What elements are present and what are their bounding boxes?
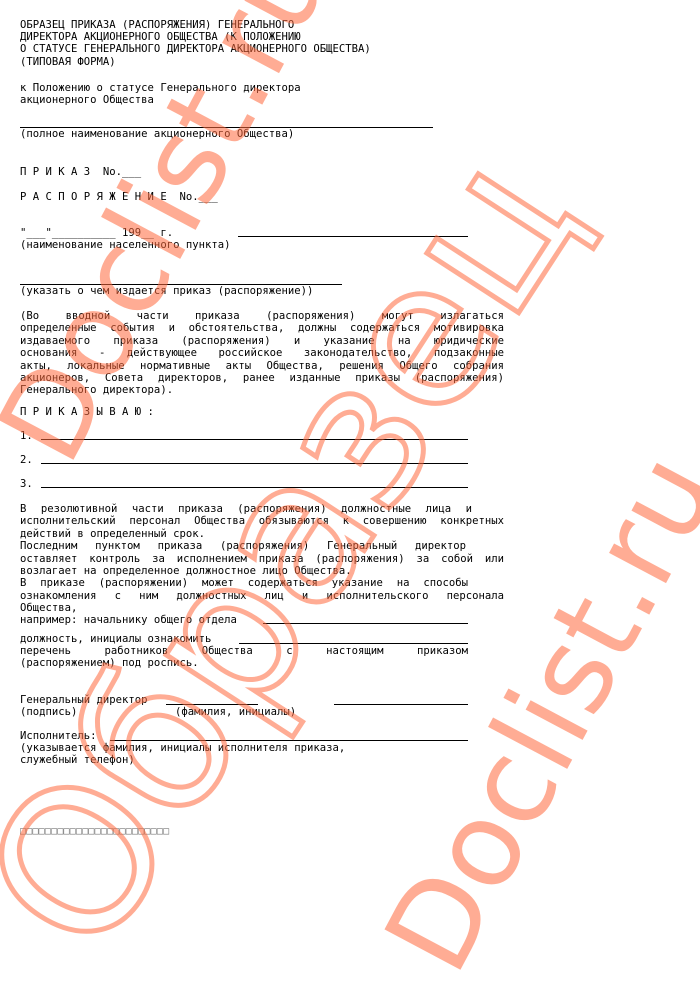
intro-paragraph: (Во вводной части приказа (распоряжения)… — [20, 310, 504, 397]
placeholder-boxes: □□□□□□□□□□□□□□□□□□□□□□□□ — [20, 826, 169, 838]
resolution-line: ознакомления с ним должностных лиц и исп… — [20, 590, 504, 602]
resolution-line: Общества, — [20, 602, 504, 614]
executor-field[interactable] — [110, 740, 468, 741]
subject-caption: (указать о чем издается приказ (распоряж… — [20, 285, 313, 297]
doc-title-line-2: ДИРЕКТОРА АКЦИОНЕРНОГО ОБЩЕСТВА (К ПОЛОЖ… — [20, 31, 301, 43]
directive-heading: П Р И К А З Ы В А Ю : — [20, 406, 154, 418]
resolution-paragraph: В резолютивной части приказа (распоряжен… — [20, 503, 504, 615]
date-line: "___"__________ 199__ г. — [20, 227, 173, 239]
resolution-line: В резолютивной части приказа (распоряжен… — [20, 503, 472, 515]
director-name-field[interactable] — [334, 704, 468, 705]
directive-item-3-number: 3. — [20, 478, 33, 490]
intro-line: (Во вводной части приказа (распоряжения)… — [20, 310, 504, 322]
place-caption: (наименование населенного пункта) — [20, 239, 230, 251]
acquaint-line: (распоряжением) под роспись. — [20, 657, 468, 669]
doc-title-line-3: О СТАТУСЕ ГЕНЕРАЛЬНОГО ДИРЕКТОРА АКЦИОНЕ… — [20, 43, 371, 55]
appendix-line-2: акционерного Общества — [20, 94, 154, 106]
signature-caption: (подпись) — [20, 706, 77, 718]
executor-caption-line-1: (указывается фамилия, инициалы исполните… — [20, 742, 345, 754]
directive-item-3-field[interactable] — [41, 487, 468, 488]
directive-item-1-field[interactable] — [41, 439, 468, 440]
resolution-line: В приказе (распоряжении) может содержать… — [20, 577, 468, 589]
resolution-line: оставляет контроль за исполнением приказ… — [20, 553, 504, 565]
doc-title-line-1: ОБРАЗЕЦ ПРИКАЗА (РАСПОРЯЖЕНИЯ) ГЕНЕРАЛЬН… — [20, 19, 294, 31]
signature-field[interactable] — [166, 704, 258, 705]
rasporyazhenie-number-label: Р А С П О Р Я Ж Е Н И Е No.___ — [20, 191, 218, 203]
resolution-line: действий в определенный срок. — [20, 528, 504, 540]
intro-line: акты, локальные нормативные акты Обществ… — [20, 360, 504, 372]
prikaz-number-label: П Р И К А З No.___ — [20, 166, 141, 178]
resolution-line: исполнительский персонал Общества обязыв… — [20, 515, 504, 527]
doc-title-line-4: (ТИПОВАЯ ФОРМА) — [20, 56, 116, 68]
executor-label: Исполнитель: — [20, 730, 97, 742]
place-field[interactable] — [238, 236, 468, 237]
company-name-caption: (полное наименование акционерного Общест… — [20, 128, 294, 140]
appendix-line-1: к Положению о статусе Генерального дирек… — [20, 82, 301, 94]
intro-line: издаваемого приказа (распоряжения) и ука… — [20, 335, 504, 347]
intro-line: Генерального директора). — [20, 384, 504, 396]
intro-line: определенные события и обстоятельства, д… — [20, 322, 504, 334]
resolution-line: Последним пунктом приказа (распоряжения)… — [20, 540, 466, 552]
executor-caption-line-2: служебный телефон) — [20, 754, 135, 766]
acquaint-paragraph: перечень работников Общества с настоящим… — [20, 645, 468, 670]
name-caption: (фамилия, инициалы) — [175, 706, 296, 718]
intro-line: основания - действующее российское закон… — [20, 347, 504, 359]
example-field[interactable] — [263, 623, 468, 624]
example-label: например: начальнику общего отдела — [20, 614, 237, 626]
acquaint-line: перечень работников Общества с настоящим… — [20, 645, 468, 657]
intro-line: акционеров, Совета директоров, ранее изд… — [20, 372, 504, 384]
directive-item-2-number: 2. — [20, 454, 33, 466]
directive-item-1-number: 1. — [20, 430, 33, 442]
directive-item-2-field[interactable] — [41, 463, 468, 464]
acquaint-field[interactable] — [239, 643, 468, 644]
resolution-line: возлагает на определенное должностное ли… — [20, 565, 504, 577]
document-page: ОБРАЗЕЦ ПРИКАЗА (РАСПОРЯЖЕНИЯ) ГЕНЕРАЛЬН… — [0, 0, 700, 1000]
acquaint-label: должность, инициалы ознакомить — [20, 633, 211, 645]
director-label: Генеральный директор — [20, 694, 148, 706]
